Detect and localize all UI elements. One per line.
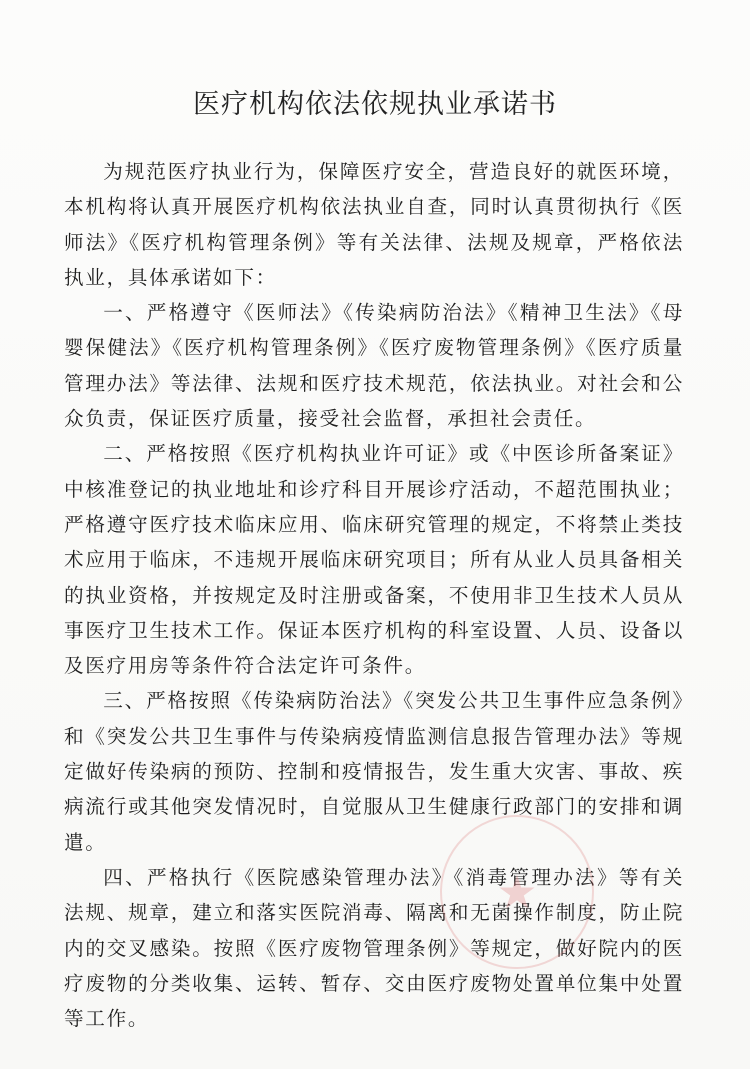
- intro-paragraph: 为规范医疗执业行为，保障医疗安全，营造良好的就医环境，本机构将认真开展医疗机构依…: [64, 154, 684, 295]
- official-seal: ★: [440, 815, 594, 969]
- commitment-paragraph-1: 一、严格遵守《医师法》《传染病防治法》《精神卫生法》《母婴保健法》《医疗机构管理…: [64, 295, 684, 436]
- document-page: 医疗机构依法依规执业承诺书 为规范医疗执业行为，保障医疗安全，营造良好的就医环境…: [0, 0, 750, 1069]
- document-title: 医疗机构依法依规执业承诺书: [0, 82, 750, 121]
- commitment-paragraph-3: 三、严格按照《传染病防治法》《突发公共卫生事件应急条例》和《突发公共卫生事件与传…: [64, 683, 684, 859]
- commitment-paragraph-2: 二、严格按照《医疗机构执业许可证》或《中医诊所备案证》中核准登记的执业地址和诊疗…: [64, 436, 684, 683]
- star-icon: ★: [496, 865, 537, 919]
